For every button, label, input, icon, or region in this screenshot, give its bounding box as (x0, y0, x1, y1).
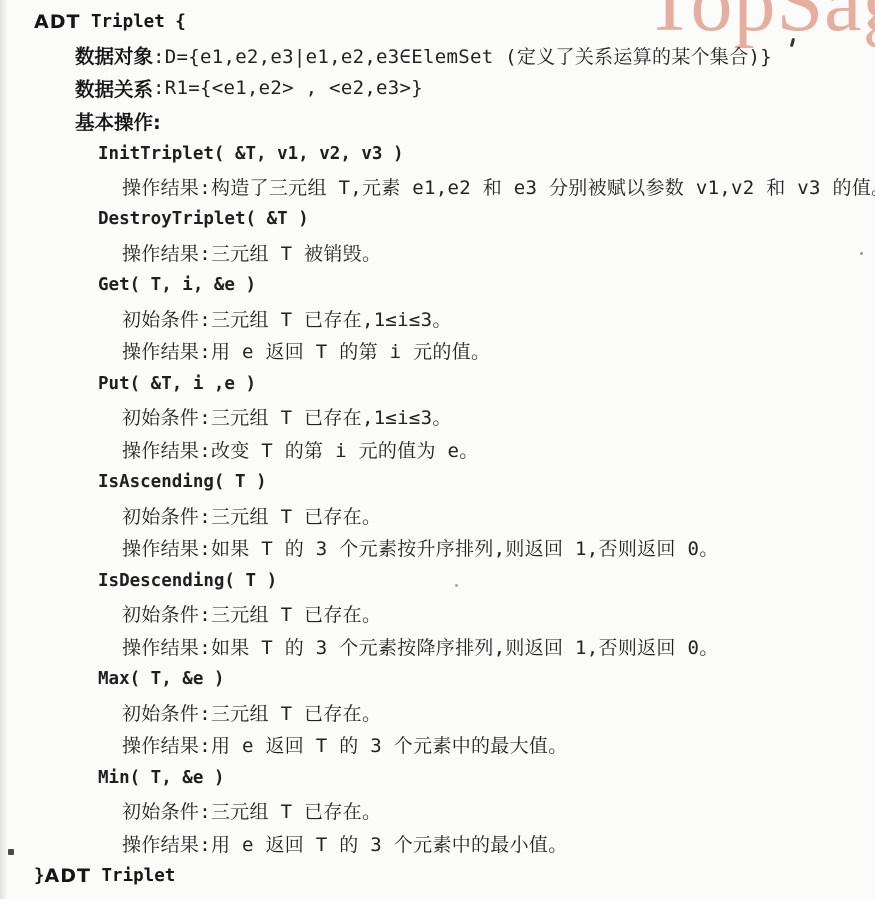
code-text: Triplet (91, 866, 175, 886)
code-text: } (34, 866, 45, 886)
description-text: 初始条件:三元组 T 已存在,1≤i≤3。 (122, 403, 452, 430)
code-text: IsDescending( T ) (98, 571, 277, 591)
description-text: 操作结果:用 e 返回 T 的 3 个元素中的最大值。 (122, 731, 568, 758)
description-text: 初始条件:三元组 T 已存在,1≤i≤3。 (122, 305, 452, 332)
code-text: InitTriplet( &T, v1, v2, v3 ) (98, 144, 404, 164)
description-text: 初始条件:三元组 T 已存在。 (122, 699, 381, 726)
text-line: 数据对象:D={e1,e2,e3|e1,e2,e3∈ElemSet (定义了关系… (0, 39, 875, 72)
text-line: 数据关系:R1={<e1,e2> , <e2,e3>} (0, 72, 875, 105)
adt-triplet-definition: ADT Triplet {数据对象:D={e1,e2,e3|e1,e2,e3∈E… (0, 6, 875, 893)
text-line: IsAscending( T ) (0, 466, 875, 499)
text-line: IsDescending( T ) (0, 564, 875, 597)
section-label: 数据关系 (75, 74, 153, 102)
description-text: 初始条件:三元组 T 已存在。 (122, 502, 381, 529)
text-line: 初始条件:三元组 T 已存在。 (0, 696, 875, 729)
text-line: }ADT Triplet (0, 860, 875, 893)
text-line: 操作结果:用 e 返回 T 的 3 个元素中的最小值。 (0, 827, 875, 860)
text-line: 操作结果:构造了三元组 T,元素 e1,e2 和 e3 分别被赋以参数 v1,v… (0, 170, 875, 203)
text-line: 基本操作: (0, 105, 875, 138)
description-text: :D={e1,e2,e3|e1,e2,e3∈ElemSet (定义了关系运算的某… (153, 42, 772, 69)
description-text: 初始条件:三元组 T 已存在。 (122, 600, 381, 627)
text-line: 操作结果:如果 T 的 3 个元素按降序排列,则返回 1,否则返回 0。 (0, 630, 875, 663)
text-line: Max( T, &e ) (0, 663, 875, 696)
text-line: 操作结果:用 e 返回 T 的第 i 元的值。 (0, 334, 875, 367)
description-text: 操作结果:如果 T 的 3 个元素按降序排列,则返回 1,否则返回 0。 (122, 633, 719, 660)
code-text: Max( T, &e ) (98, 669, 224, 689)
code-text: Put( &T, i ,e ) (98, 374, 256, 394)
text-line: Get( T, i, &e ) (0, 269, 875, 302)
code-text: ADT (45, 865, 91, 887)
text-line: DestroyTriplet( &T ) (0, 203, 875, 236)
description-text: 操作结果:改变 T 的第 i 元的值为 e。 (122, 436, 479, 463)
text-line: 操作结果:用 e 返回 T 的 3 个元素中的最大值。 (0, 729, 875, 762)
description-text: 操作结果:用 e 返回 T 的第 i 元的值。 (122, 337, 490, 364)
text-line: ADT Triplet { (0, 6, 875, 39)
text-line: InitTriplet( &T, v1, v2, v3 ) (0, 137, 875, 170)
description-text: 操作结果:构造了三元组 T,元素 e1,e2 和 e3 分别被赋以参数 v1,v… (122, 173, 875, 200)
text-line: 初始条件:三元组 T 已存在。 (0, 597, 875, 630)
description-text: 初始条件:三元组 T 已存在。 (122, 797, 381, 824)
section-label: 数据对象 (75, 41, 153, 69)
code-text: Triplet { (80, 12, 185, 32)
code-text: DestroyTriplet( &T ) (98, 209, 309, 229)
text-line: 初始条件:三元组 T 已存在,1≤i≤3。 (0, 302, 875, 335)
description-text: 操作结果:用 e 返回 T 的 3 个元素中的最小值。 (122, 830, 568, 857)
text-line: 操作结果:改变 T 的第 i 元的值为 e。 (0, 433, 875, 466)
code-text: Get( T, i, &e ) (98, 275, 256, 295)
code-text: Min( T, &e ) (98, 768, 224, 788)
text-line: 操作结果:如果 T 的 3 个元素按升序排列,则返回 1,否则返回 0。 (0, 532, 875, 565)
text-line: Min( T, &e ) (0, 761, 875, 794)
text-line: 初始条件:三元组 T 已存在,1≤i≤3。 (0, 400, 875, 433)
text-line: 初始条件:三元组 T 已存在。 (0, 794, 875, 827)
text-line: 操作结果:三元组 T 被销毁。 (0, 236, 875, 269)
section-label: 基本操作: (75, 107, 161, 135)
code-text: ADT (34, 11, 80, 33)
text-line: Put( &T, i ,e ) (0, 367, 875, 400)
code-text: IsAscending( T ) (98, 472, 267, 492)
description-text: :R1={<e1,e2> , <e2,e3>} (153, 77, 423, 99)
scanned-textbook-page: TopSage ADT Triplet {数据对象:D={e1,e2,e3|e1… (0, 0, 875, 899)
text-line: 初始条件:三元组 T 已存在。 (0, 499, 875, 532)
description-text: 操作结果:如果 T 的 3 个元素按升序排列,则返回 1,否则返回 0。 (122, 534, 719, 561)
description-text: 操作结果:三元组 T 被销毁。 (122, 239, 381, 266)
